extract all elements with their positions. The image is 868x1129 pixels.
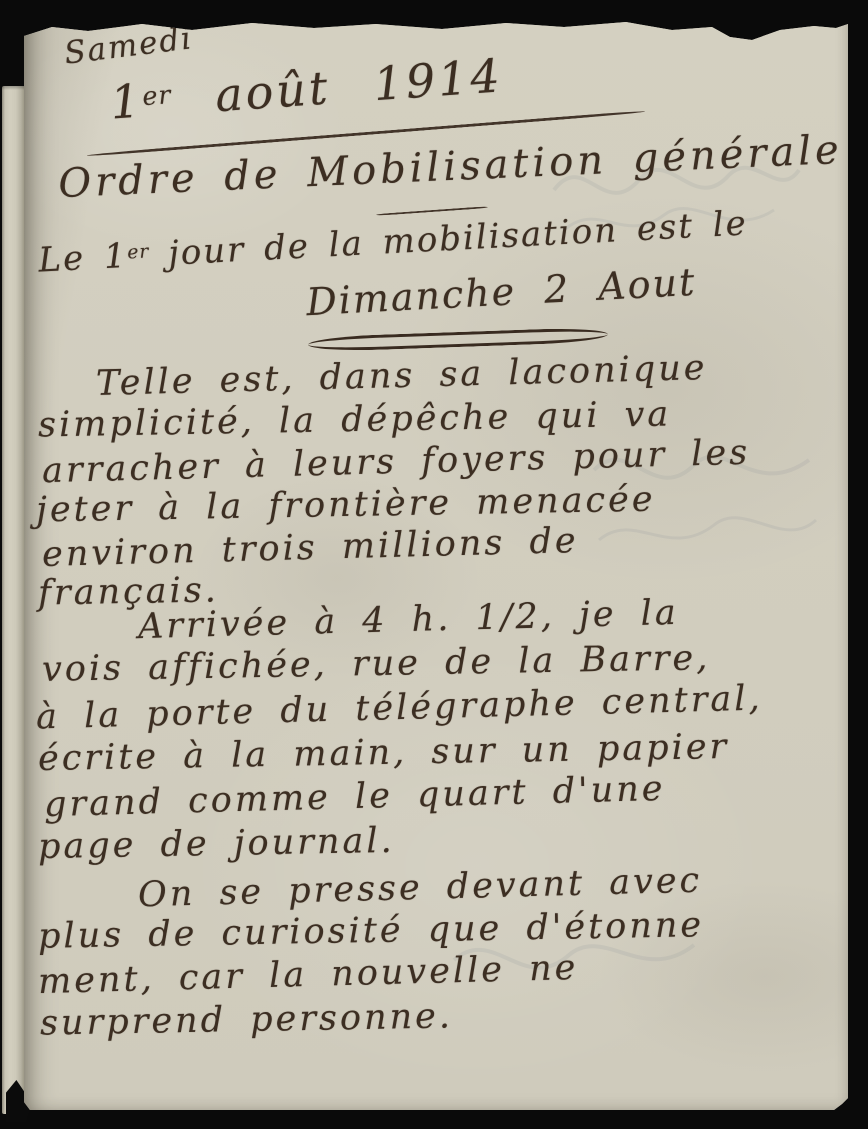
previous-page-edge xyxy=(2,86,26,1114)
heading-date-ordinal: er xyxy=(141,80,172,111)
mobilization-pre: Le 1 xyxy=(37,236,128,281)
mobilization-date: Dimanche 2 Aout xyxy=(305,260,697,324)
manuscript-line: surprend personne. xyxy=(40,996,454,1043)
heading-day: Samedi xyxy=(62,20,195,71)
heading-date-rest: août 1914 xyxy=(213,48,504,122)
flourish-overbar xyxy=(376,206,488,216)
heading-date: 1er août 1914 xyxy=(109,48,505,129)
heading-date-number: 1 xyxy=(109,74,145,130)
manuscript-line: environ trois millions de xyxy=(42,521,579,575)
manuscript-line: ment, car la nouvelle ne xyxy=(38,948,579,1002)
manuscript-page: Samedi 1er août 1914 Ordre de Mobilisati… xyxy=(24,0,848,1110)
mobilization-sup: er xyxy=(127,241,150,263)
heading-title: Ordre de Mobilisation générale xyxy=(57,127,843,207)
scanned-notebook-photo: Samedi 1er août 1914 Ordre de Mobilisati… xyxy=(0,0,868,1129)
double-underline xyxy=(308,327,608,352)
manuscript-line: page de journal. xyxy=(38,821,395,867)
